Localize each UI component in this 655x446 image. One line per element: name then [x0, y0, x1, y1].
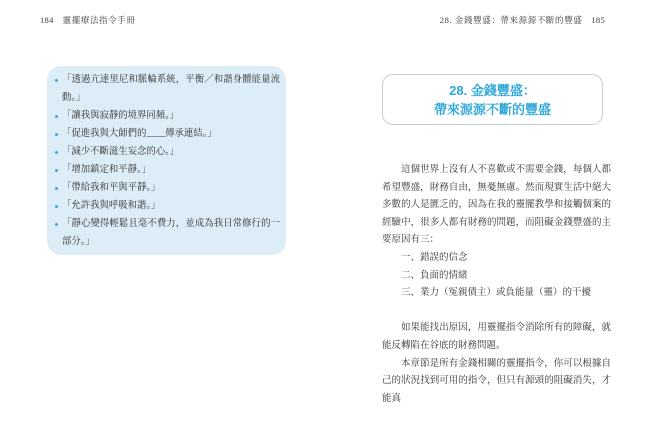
command-text: 「帶給我和平與平靜。」	[62, 179, 280, 197]
command-text: 「增加鎮定和平靜。」	[62, 161, 280, 179]
left-running-head: 184靈擺療法指令手冊	[40, 14, 135, 26]
reason-item: 三、業力（冤親債主）或負能量（靈）的干擾	[382, 285, 611, 303]
bullet-dot-icon	[55, 205, 58, 208]
reason-item: 一、錯誤的信念	[382, 250, 611, 268]
command-text: 「讓我與寂靜的境界同頻。」	[62, 107, 280, 125]
list-item: 「促進我與大師們的____傳承連結。」	[55, 125, 280, 143]
list-item: 「帶給我和平與平靜。」	[55, 179, 280, 197]
command-text: 「靜心變得輕鬆且毫不費力，並成為我日常修行的一部分。」	[62, 215, 280, 251]
command-text: 「允許我與呼吸和諧。」	[62, 197, 280, 215]
command-list: 「透過亢達里尼和脈輪系統，平衡／和諧身體能量流動。」 「讓我與寂靜的境界同頻。」…	[55, 71, 280, 251]
reason-list: 一、錯誤的信念 二、負面的情緒 三、業力（冤親債主）或負能量（靈）的干擾	[382, 250, 611, 303]
bullet-dot-icon	[55, 151, 58, 154]
list-item: 「減少不斷滋生妄念的心。」	[55, 143, 280, 161]
chapter-body: 這個世界上沒有人不喜歡或不需要金錢，每個人都希望豐盛，財務自由，無憂無慮。然而現…	[382, 162, 611, 408]
list-item: 「透過亢達里尼和脈輪系統，平衡／和諧身體能量流動。」	[55, 71, 280, 107]
bullet-dot-icon	[55, 223, 58, 226]
bullet-dot-icon	[55, 79, 58, 82]
bullet-dot-icon	[55, 133, 58, 136]
paragraph: 如果能找出原因，用靈擺指令消除所有的障礙，就能反轉陷在谷底的財務問題。	[382, 320, 611, 355]
pendulum-command-box: 「透過亢達里尼和脈輪系統，平衡／和諧身體能量流動。」 「讓我與寂靜的境界同頻。」…	[47, 66, 286, 255]
list-item: 「增加鎮定和平靜。」	[55, 161, 280, 179]
paragraph: 本章節是所有金錢相關的靈擺指令，你可以根據自己的狀況找到可用的指令，但只有源頭的…	[382, 356, 611, 409]
paragraph: 這個世界上沒有人不喜歡或不需要金錢，每個人都希望豐盛，財務自由，無憂無慮。然而現…	[382, 162, 611, 250]
command-text: 「促進我與大師們的____傳承連結。」	[62, 125, 280, 143]
book-title: 靈擺療法指令手冊	[63, 15, 136, 25]
bullet-dot-icon	[55, 169, 58, 172]
command-text: 「透過亢達里尼和脈輪系統，平衡／和諧身體能量流動。」	[62, 71, 280, 107]
chapter-title-box: 28. 金錢豐盛： 帶來源源不斷的豐盛	[382, 74, 603, 125]
list-item: 「靜心變得輕鬆且毫不費力，並成為我日常修行的一部分。」	[55, 215, 280, 251]
reason-item: 二、負面的情緒	[382, 268, 611, 286]
list-item: 「讓我與寂靜的境界同頻。」	[55, 107, 280, 125]
bullet-dot-icon	[55, 187, 58, 190]
left-page: 184靈擺療法指令手冊 「透過亢達里尼和脈輪系統，平衡／和諧身體能量流動。」 「…	[0, 0, 327, 446]
right-running-head: 28. 金錢豐盛：帶來源源不斷的豐盛185	[440, 14, 605, 26]
right-page: 28. 金錢豐盛：帶來源源不斷的豐盛185 28. 金錢豐盛： 帶來源源不斷的豐…	[327, 0, 655, 446]
chapter-title-line1: 28. 金錢豐盛：	[449, 81, 536, 100]
bullet-dot-icon	[55, 115, 58, 118]
left-page-number: 184	[40, 15, 54, 25]
chapter-running-title: 28. 金錢豐盛：帶來源源不斷的豐盛	[440, 15, 583, 25]
right-page-number: 185	[591, 15, 605, 25]
chapter-title-line2: 帶來源源不斷的豐盛	[434, 100, 551, 119]
command-text: 「減少不斷滋生妄念的心。」	[62, 143, 280, 161]
list-item: 「允許我與呼吸和諧。」	[55, 197, 280, 215]
